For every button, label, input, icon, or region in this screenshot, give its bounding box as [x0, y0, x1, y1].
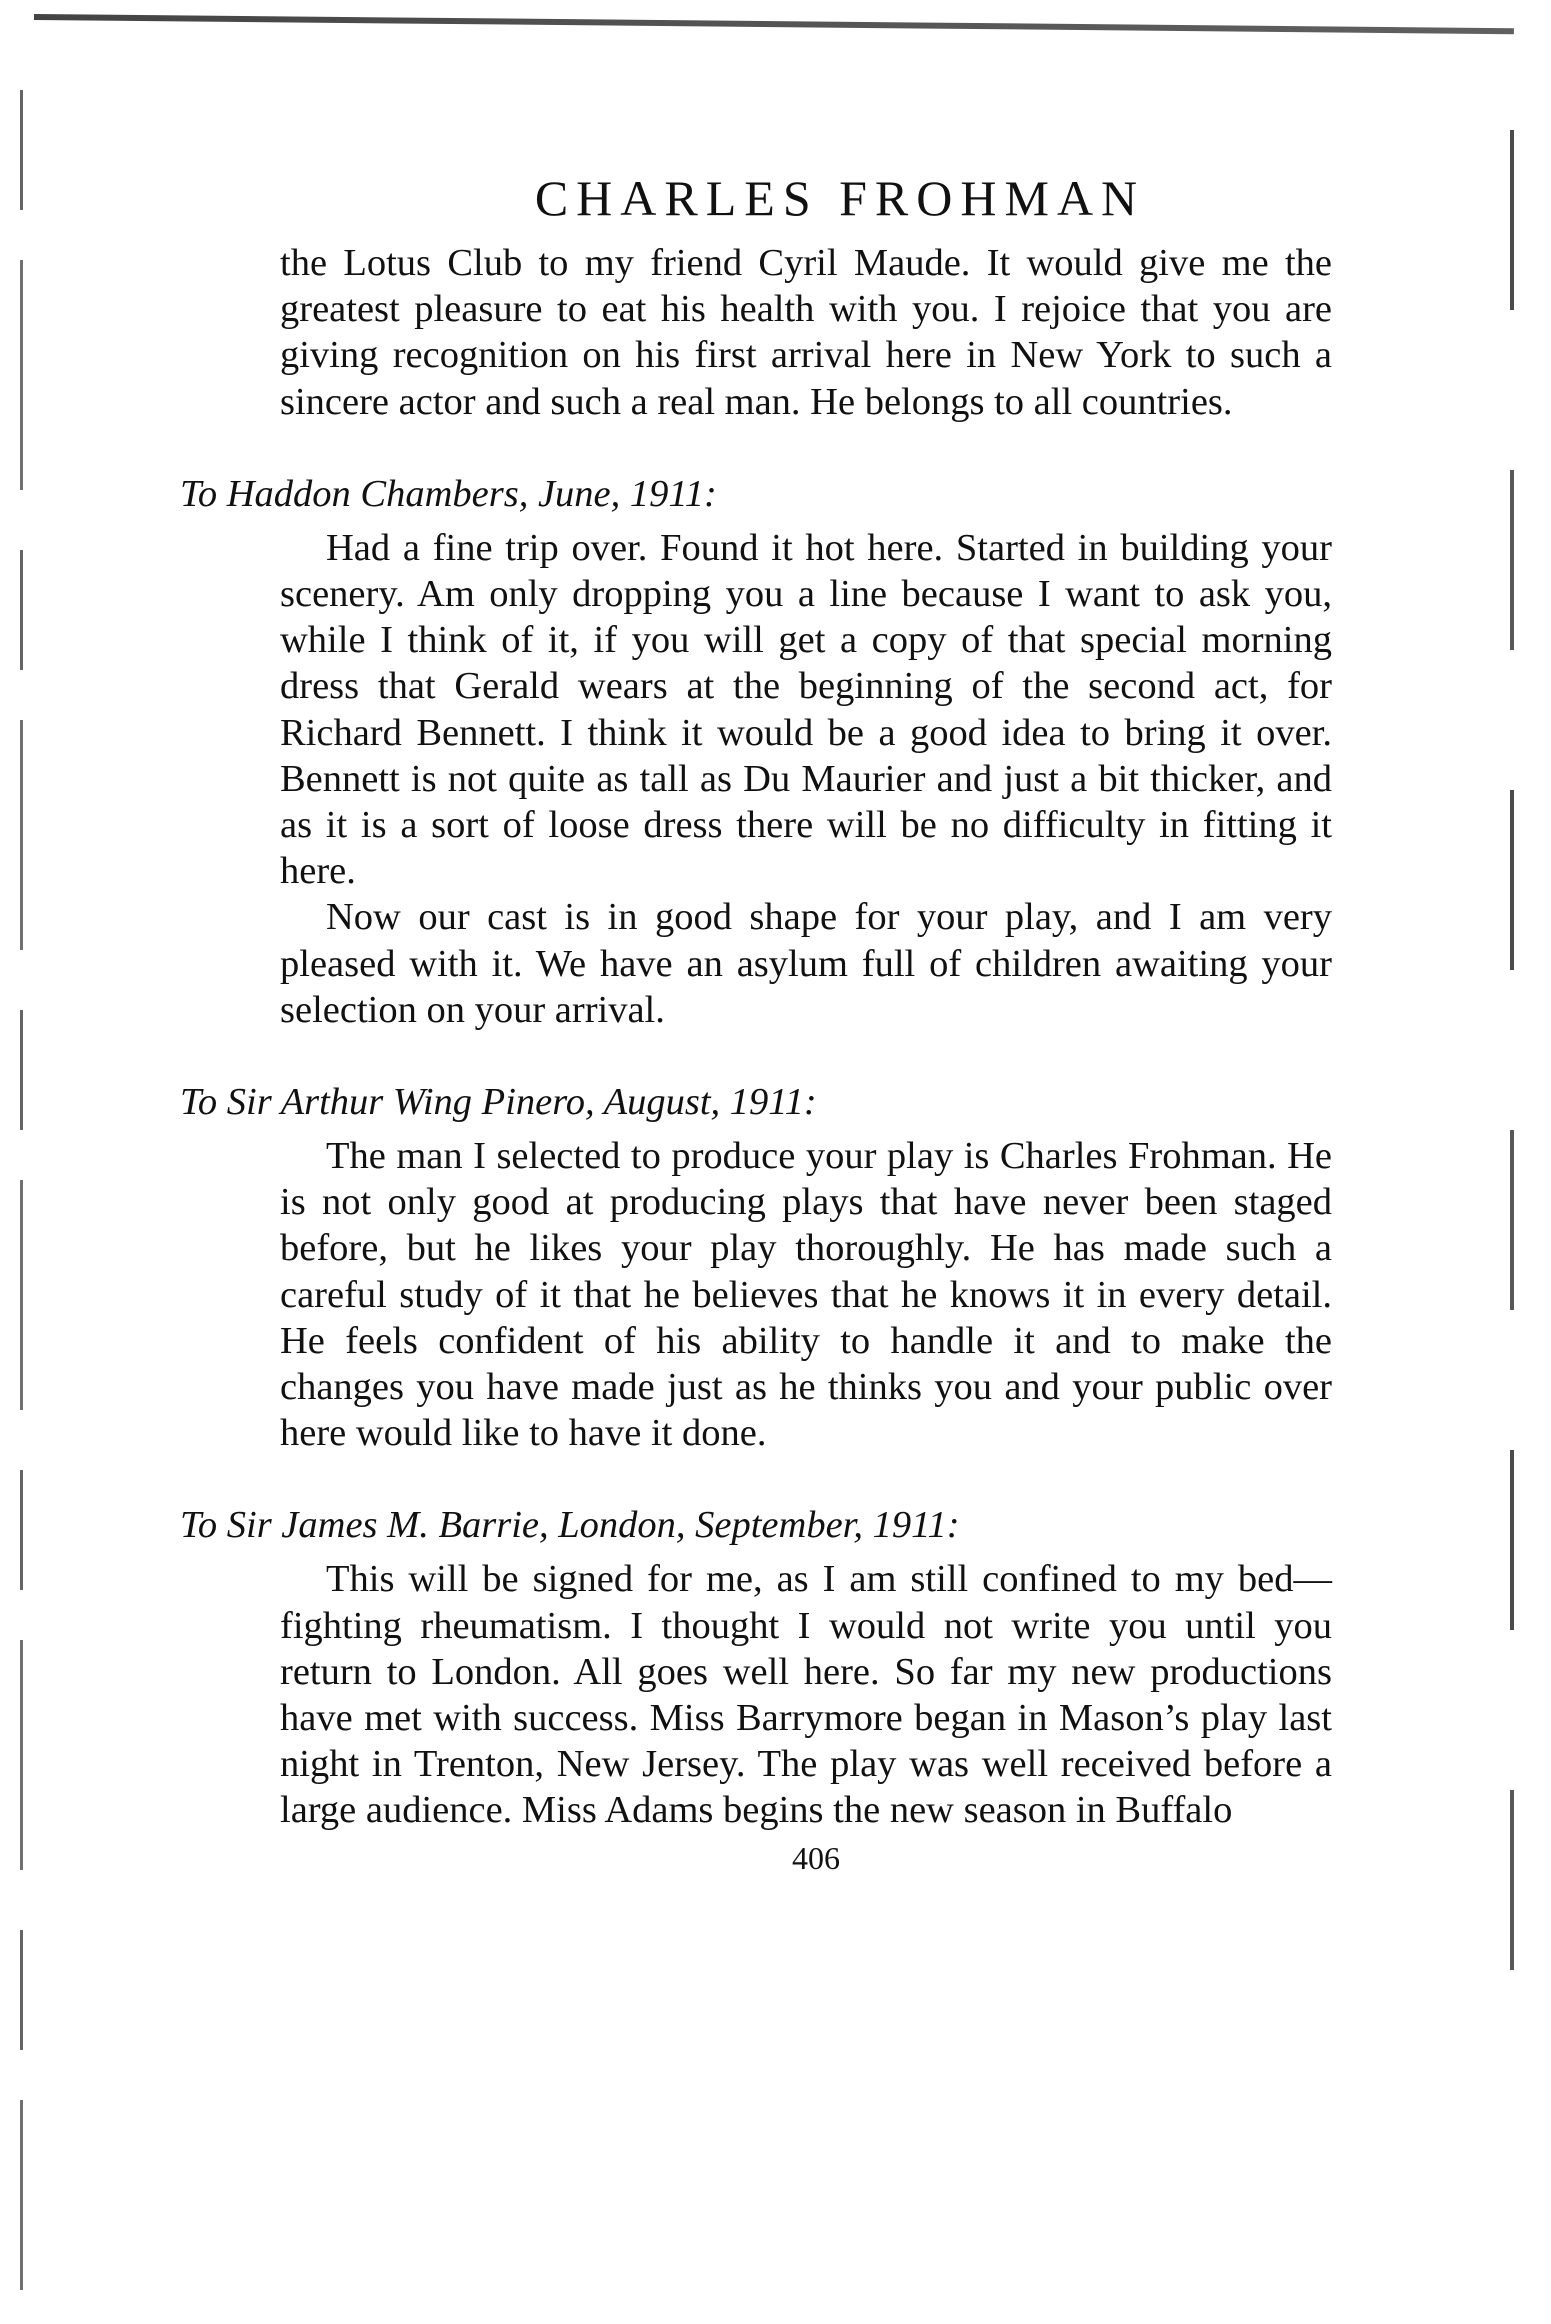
letter-heading: To Sir Arthur Wing Pinero, August, 1911:	[180, 1079, 1332, 1125]
paragraph: The man I selected to produce your play …	[270, 1133, 1332, 1456]
running-head: CHARLES FROHMAN	[410, 168, 1270, 228]
letter-heading: To Haddon Chambers, June, 1911:	[180, 471, 1332, 517]
paragraph: This will be signed for me, as I am stil…	[270, 1556, 1332, 1833]
section-barrie: To Sir James M. Barrie, London, Septembe…	[270, 1502, 1332, 1833]
section-pinero: To Sir Arthur Wing Pinero, August, 1911:…	[270, 1079, 1332, 1456]
scan-left-edge	[20, 90, 23, 2290]
letter-heading: To Sir James M. Barrie, London, Septembe…	[180, 1502, 1332, 1548]
section-haddon-chambers: To Haddon Chambers, June, 1911: Had a fi…	[270, 471, 1332, 1033]
page-number: 406	[270, 1840, 1332, 1877]
paragraph: the Lotus Club to my friend Cyril Maude.…	[270, 240, 1332, 425]
scan-right-edge	[1510, 130, 1514, 2090]
paragraph: Now our cast is in good shape for your p…	[270, 894, 1332, 1033]
scan-top-edge	[34, 14, 1514, 34]
book-page: CHARLES FROHMAN the Lotus Club to my fri…	[270, 168, 1332, 1877]
paragraph: Had a fine trip over. Found it hot here.…	[270, 525, 1332, 895]
section-continuation: the Lotus Club to my friend Cyril Maude.…	[270, 240, 1332, 425]
